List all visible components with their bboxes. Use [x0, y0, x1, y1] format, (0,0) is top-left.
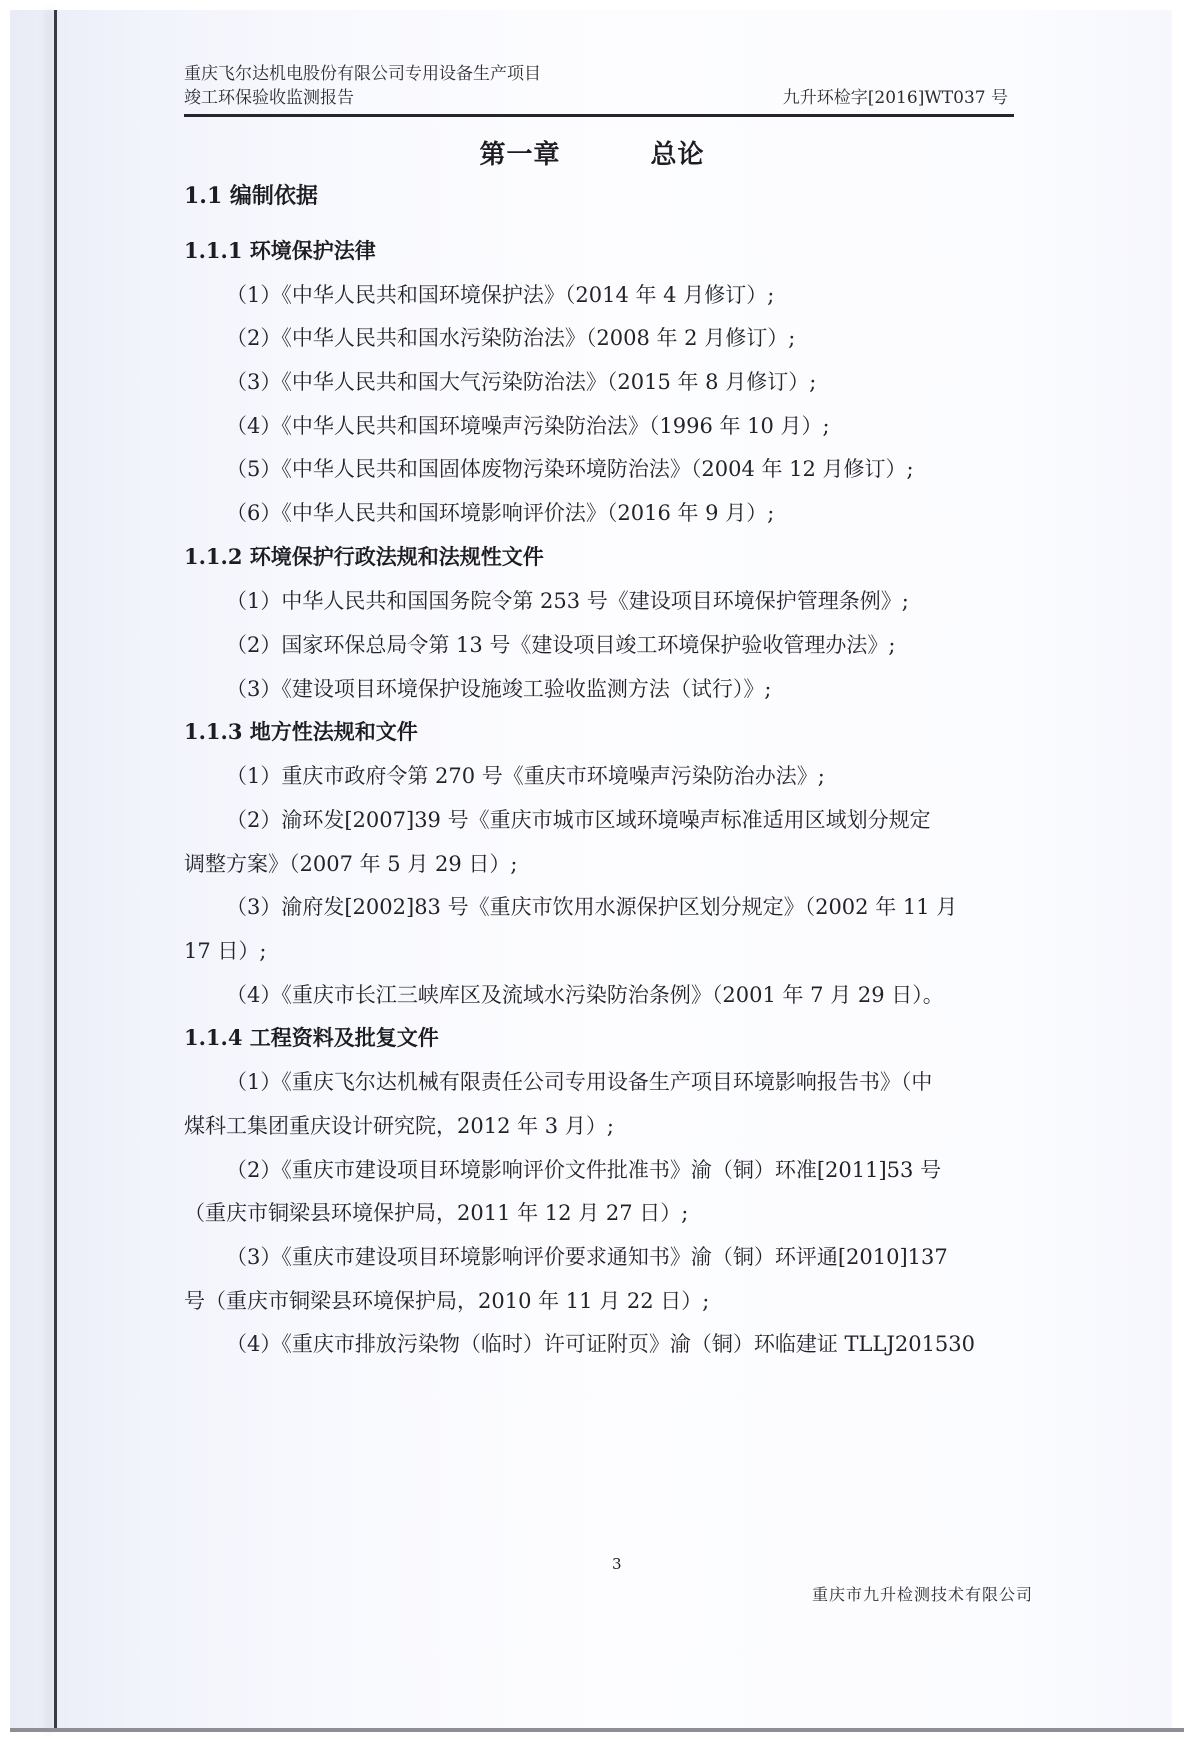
header-report-type: 竣工环保验收监测报告 — [184, 86, 354, 110]
list-item: （4）《重庆市排放污染物（临时）许可证附页》渝（铜）环临建证 TLLJ20153… — [226, 1328, 975, 1358]
header-divider — [184, 114, 1014, 117]
list-item: （4）《中华人民共和国环境噪声污染防治法》（1996 年 10 月）; — [226, 410, 830, 440]
header-second-row: 竣工环保验收监测报告 九升环检字[2016]WT037 号 — [184, 86, 1008, 110]
list-item: （3）渝府发[2002]83 号《重庆市饮用水源保护区划分规定》（2002 年 … — [226, 891, 957, 921]
list-item: （1）《中华人民共和国环境保护法》（2014 年 4 月修订）; — [226, 279, 774, 309]
list-item-continuation: 调整方案》（2007 年 5 月 29 日）; — [184, 848, 517, 878]
section-heading-1-1: 1.1 编制依据 — [184, 179, 318, 210]
document-page: 重庆飞尔达机电股份有限公司专用设备生产项目 竣工环保验收监测报告 九升环检字[2… — [0, 0, 1184, 1744]
section-heading-1-1-1: 1.1.1 环境保护法律 — [184, 235, 376, 265]
list-item: （3）《建设项目环境保护设施竣工验收监测方法（试行）》; — [226, 673, 771, 703]
chapter-name: 总论 — [651, 140, 705, 170]
list-item: （2）国家环保总局令第 13 号《建设项目竣工环境保护验收管理办法》; — [226, 629, 896, 659]
list-item: （1）《重庆飞尔达机械有限责任公司专用设备生产项目环境影响报告书》（中 — [226, 1066, 932, 1096]
list-item: （2）《重庆市建设项目环境影响评价文件批准书》渝（铜）环准[2011]53 号 — [226, 1154, 941, 1184]
header-report-number: 九升环检字[2016]WT037 号 — [783, 86, 1008, 110]
list-item: （1）重庆市政府令第 270 号《重庆市环境噪声污染防治办法》; — [226, 760, 825, 790]
page-number: 3 — [612, 1555, 622, 1573]
chapter-title: 第一章总论 — [0, 134, 1184, 171]
list-item: （5）《中华人民共和国固体废物污染环境防治法》（2004 年 12 月修订）; — [226, 453, 914, 483]
chapter-number: 第一章 — [479, 140, 560, 170]
list-item: （1）中华人民共和国国务院令第 253 号《建设项目环境保护管理条例》; — [226, 585, 909, 615]
list-item: （2）《中华人民共和国水污染防治法》（2008 年 2 月修订）; — [226, 322, 795, 352]
running-header: 重庆飞尔达机电股份有限公司专用设备生产项目 竣工环保验收监测报告 九升环检字[2… — [184, 62, 1008, 110]
list-item-continuation: 17 日）; — [184, 935, 266, 965]
list-item-continuation: 号（重庆市铜梁县环境保护局，2010 年 11 月 22 日）; — [184, 1285, 709, 1315]
list-item: （4）《重庆市长江三峡库区及流域水污染防治条例》（2001 年 7 月 29 日… — [226, 979, 944, 1009]
list-item: （2）渝环发[2007]39 号《重庆市城市区域环境噪声标准适用区域划分规定 — [226, 804, 931, 834]
list-item-continuation: 煤科工集团重庆设计研究院，2012 年 3 月）; — [184, 1110, 614, 1140]
section-heading-1-1-2: 1.1.2 环境保护行政法规和法规性文件 — [184, 541, 544, 571]
list-item: （3）《中华人民共和国大气污染防治法》（2015 年 8 月修订）; — [226, 366, 816, 396]
header-project-name: 重庆飞尔达机电股份有限公司专用设备生产项目 — [184, 62, 1008, 86]
footer-company-name: 重庆市九升检测技术有限公司 — [812, 1582, 1033, 1605]
list-item: （3）《重庆市建设项目环境影响评价要求通知书》渝（铜）环评通[2010]137 — [226, 1241, 948, 1271]
section-heading-1-1-3: 1.1.3 地方性法规和文件 — [184, 716, 418, 746]
section-heading-1-1-4: 1.1.4 工程资料及批复文件 — [184, 1022, 439, 1052]
list-item: （6）《中华人民共和国环境影响评价法》（2016 年 9 月）; — [226, 497, 774, 527]
list-item-continuation: （重庆市铜梁县环境保护局，2011 年 12 月 27 日）; — [184, 1197, 688, 1227]
